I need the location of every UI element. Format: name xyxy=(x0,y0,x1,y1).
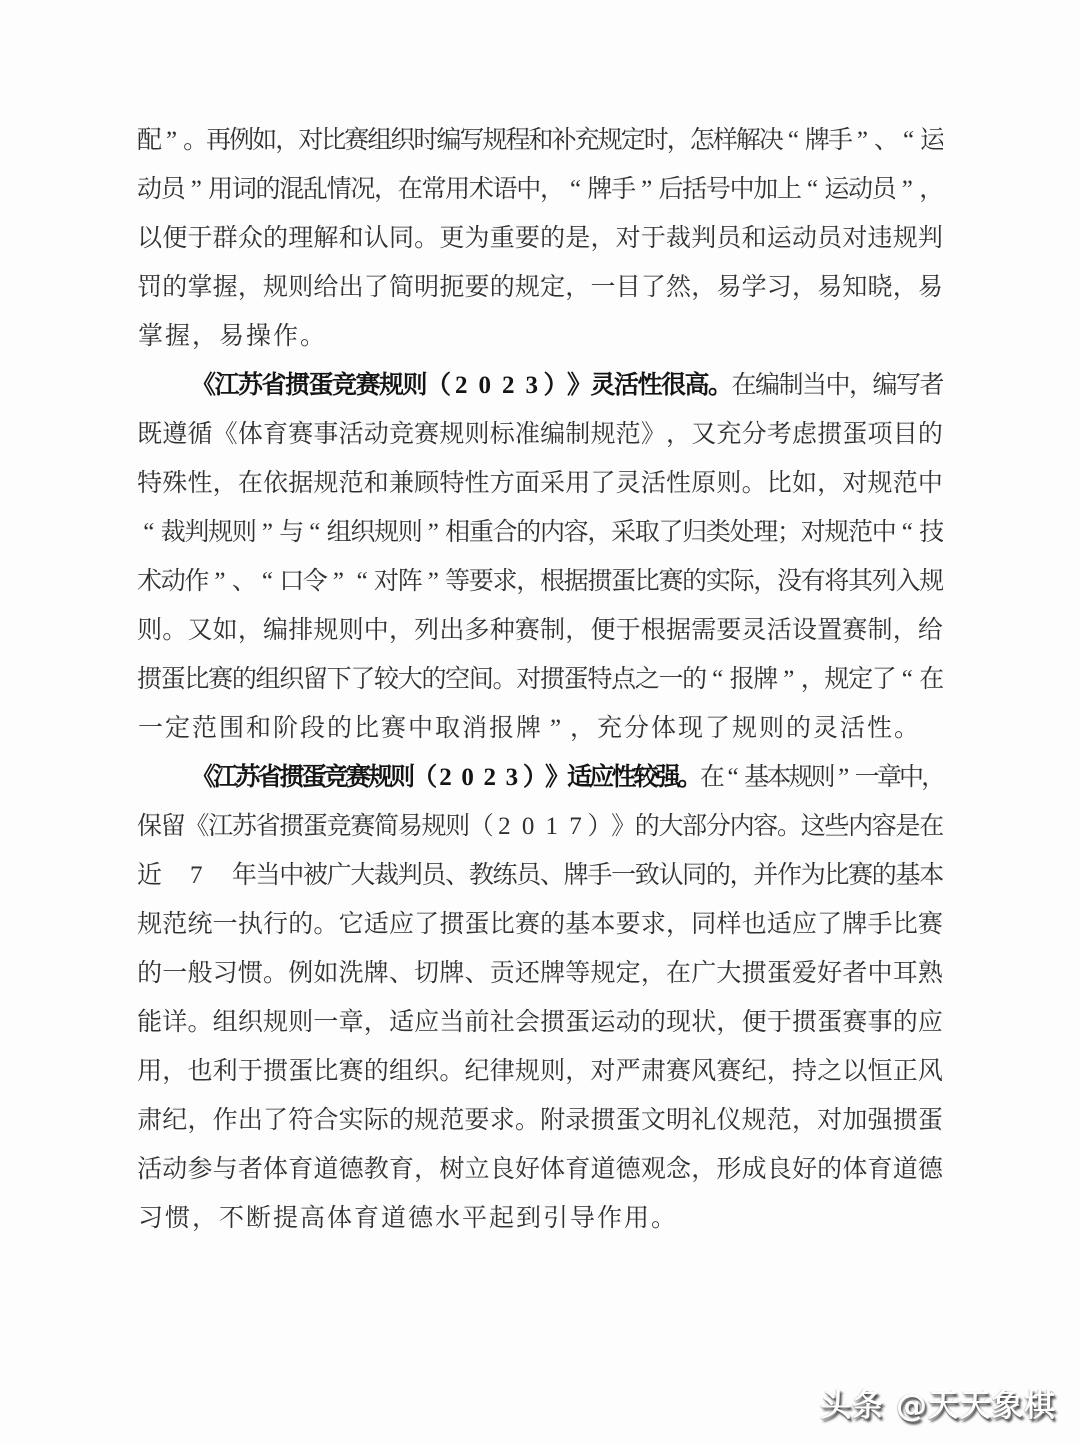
text-line: 动员”用词的混乱情况，在常用术语中，“牌手”后括号中加上“运动员”， xyxy=(137,165,943,214)
text-line: 近 7 年当中被广大裁判员、教练员、牌手一致认同的，并作为比赛的基本 xyxy=(137,851,943,900)
text-line: 特殊性，在依据规范和兼顾特性方面采用了灵活性原则。比如，对规范中 xyxy=(137,459,943,508)
text-line: 能详。组织规则一章，适应当前社会掼蛋运动的现状，便于掼蛋赛事的应 xyxy=(137,998,943,1047)
text-line: 一定范围和阶段的比赛中取消报牌”，充分体现了规则的灵活性。 xyxy=(137,704,943,753)
text-line: 的一般习惯。例如洗牌、切牌、贡还牌等规定，在广大掼蛋爱好者中耳熟 xyxy=(137,949,943,998)
text-line: 掌握，易操作。 xyxy=(137,312,943,361)
text-line: 术动作”、“口令”“对阵”等要求，根据掼蛋比赛的实际，没有将其列入规 xyxy=(137,557,943,606)
document-page: 配”。再例如，对比赛组织时编写规程和补充规定时，怎样解决“牌手”、“运动员”用词… xyxy=(0,0,1080,1446)
text-line: 配”。再例如，对比赛组织时编写规程和补充规定时，怎样解决“牌手”、“运 xyxy=(137,116,943,165)
text-line: 既遵循《体育赛事活动竞赛规则标准编制规范》，又充分考虑掼蛋项目的 xyxy=(137,410,943,459)
watermark: 头条 @天天象棋 xyxy=(820,1380,1056,1425)
paragraph: 配”。再例如，对比赛组织时编写规程和补充规定时，怎样解决“牌手”、“运动员”用词… xyxy=(137,116,943,361)
paragraph: 《江苏省掼蛋竞赛规则（2023）》灵活性很高。在编制当中，编写者既遵循《体育赛事… xyxy=(137,361,943,753)
text-line: 活动参与者体育道德教育，树立良好体育道德观念，形成良好的体育道德 xyxy=(137,1145,943,1194)
text-line: 肃纪，作出了符合实际的规范要求。附录掼蛋文明礼仪规范，对加强掼蛋 xyxy=(137,1096,943,1145)
text-line: 保留《江苏省掼蛋竞赛简易规则（2017）》的大部分内容。这些内容是在 xyxy=(137,802,943,851)
text-line: 《江苏省掼蛋竞赛规则（2023）》适应性较强。在“基本规则”一章中， xyxy=(137,753,943,802)
text-line: 罚的掌握，规则给出了简明扼要的规定，一目了然，易学习，易知晓，易 xyxy=(137,263,943,312)
paragraph: 《江苏省掼蛋竞赛规则（2023）》适应性较强。在“基本规则”一章中，保留《江苏省… xyxy=(137,753,943,1243)
text-line: 《江苏省掼蛋竞赛规则（2023）》灵活性很高。在编制当中，编写者 xyxy=(137,361,943,410)
text-line: 掼蛋比赛的组织留下了较大的空间。对掼蛋特点之一的“报牌”，规定了“在 xyxy=(137,655,943,704)
article-text: 配”。再例如，对比赛组织时编写规程和补充规定时，怎样解决“牌手”、“运动员”用词… xyxy=(137,116,943,1243)
text-line: 则。又如，编排规则中，列出多种赛制，便于根据需要灵活设置赛制，给 xyxy=(137,606,943,655)
text-line: 习惯，不断提高体育道德水平起到引导作用。 xyxy=(137,1194,943,1243)
text-line: 以便于群众的理解和认同。更为重要的是，对于裁判员和运动员对违规判 xyxy=(137,214,943,263)
text-line: “裁判规则”与“组织规则”相重合的内容，采取了归类处理；对规范中“技 xyxy=(137,508,943,557)
text-line: 规范统一执行的。它适应了掼蛋比赛的基本要求，同样也适应了牌手比赛 xyxy=(137,900,943,949)
text-line: 用，也利于掼蛋比赛的组织。纪律规则，对严肃赛风赛纪，持之以恒正风 xyxy=(137,1047,943,1096)
